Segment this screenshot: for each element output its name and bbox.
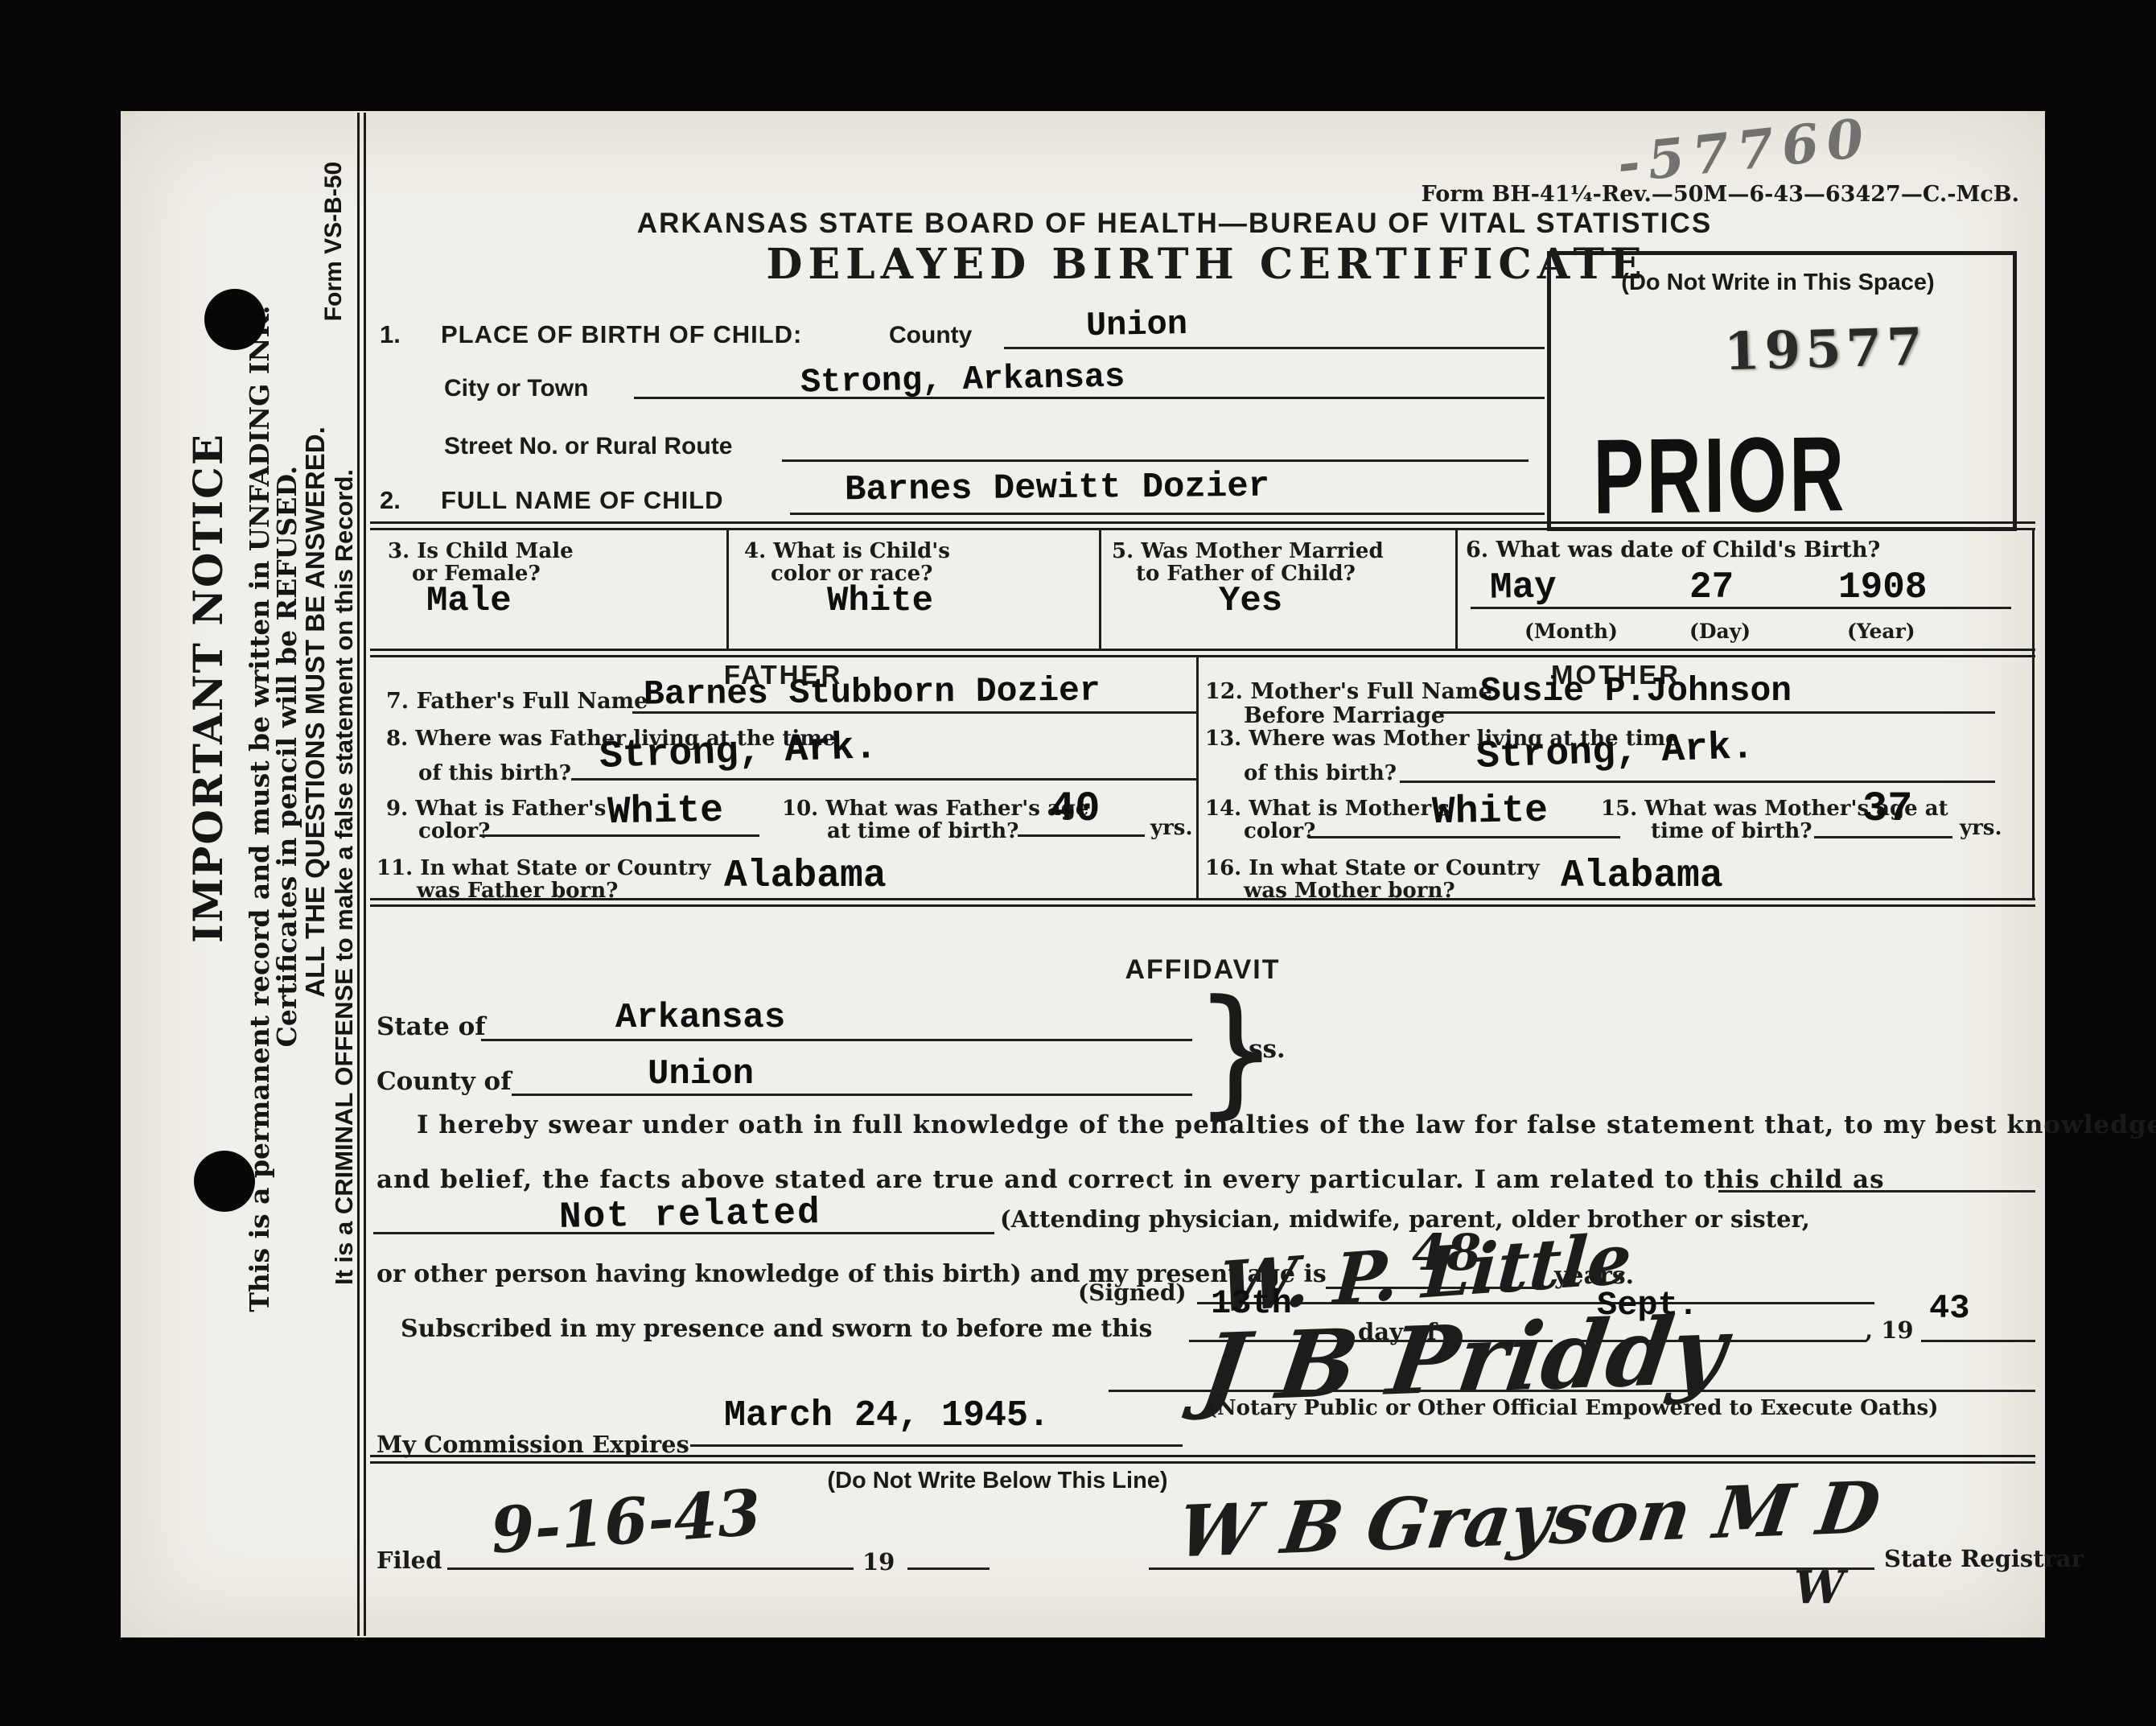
footer-year-prefix: 19 [862,1548,895,1576]
month-caption: (Month) [1524,620,1618,643]
sworn-year-underline [1921,1340,2035,1342]
field2-number: 2. [380,486,401,515]
city-label: City or Town [444,375,588,402]
q16-label-line2: was Mother born? [1244,879,1455,903]
county-of-value: Union [648,1054,754,1094]
state-registrar-label: State Registrar [1884,1545,2084,1572]
filed-underline [447,1567,854,1570]
q11-label-line1: 11. In what State or Country [376,856,711,880]
q4-value: White [827,581,933,621]
q12-label-line2: Before Marriage [1244,703,1445,728]
state-underline [481,1039,1192,1041]
county-value: Union [1086,305,1188,345]
oath-line-2: and belief, the facts above stated are t… [376,1165,1885,1194]
form-reference: Form BH-41¼-Rev.—50M—6-43—63427—C.-McB. [1360,182,2019,207]
father-color-value: White [607,789,724,835]
field2-label: FULL NAME OF CHILD [441,486,724,515]
birth-month-value: May [1490,566,1557,608]
q5-label-line1: 5. Was Mother Married [1112,539,1384,563]
sidebar-important-notice: IMPORTANT NOTICE [181,398,234,978]
county-underline [1004,347,1545,349]
state-of-label: State of [376,1012,486,1041]
father-name-underline [632,711,1197,714]
father-name-value: Barnes Stubborn Dozier [644,671,1101,715]
field1-label: PLACE OF BIRTH OF CHILD: [441,320,802,349]
father-residence-underline [571,778,1197,781]
column-divider-1 [726,528,729,650]
day-caption: (Day) [1689,620,1751,643]
commission-underline [690,1444,1183,1447]
table-right-border [2032,528,2035,900]
q15-label-line2: time of birth? [1651,819,1812,843]
father-age-value: 40 [1050,785,1100,833]
notary-caption: (Notary Public or Other Official Empower… [1110,1396,2035,1420]
year-caption: (Year) [1847,620,1915,643]
father-age-suffix: yrs. [1150,816,1193,840]
birth-day-value: 27 [1689,566,1734,608]
father-birthplace-value: Alabama [724,855,887,898]
rule-above-row3 [370,521,2035,530]
county-of-label: County of [376,1067,512,1096]
sworn-year-prefix: , 19 [1865,1316,1914,1344]
sidebar-form-number: Form VS-B-50 [316,129,352,354]
father-mother-divider [1196,655,1199,900]
q3-value: Male [426,581,512,621]
q13-label-line2: of this birth? [1244,761,1397,785]
q5-value: Yes [1219,581,1282,621]
related-underline [1718,1190,2035,1193]
q9-label-line1: 9. What is Father's [386,797,606,821]
registrar-underline [1149,1567,1874,1570]
county-label: County [889,322,972,349]
q11-label-line2: was Father born? [417,879,618,903]
paren-line-1: (Attending physician, midwife, parent, o… [1000,1205,1810,1233]
city-underline [634,397,1545,399]
mother-color-value: White [1432,789,1549,835]
birth-date-underline [1471,607,2011,609]
street-label: Street No. or Rural Route [444,433,732,460]
q4-label-line1: 4. What is Child's [744,539,950,563]
notary-underline [1109,1390,2035,1392]
mother-name-underline [1437,711,1995,714]
q6-label: 6. What was date of Child's Birth? [1466,538,1880,562]
mother-age-underline [1814,836,1952,838]
do-not-write-label: (Do Not Write in This Space) [1551,270,2005,296]
q12-label-line1: 12. Mother's Full Name [1205,679,1492,704]
mother-color-underline [1308,836,1620,838]
mother-age-value: 37 [1862,785,1912,833]
sidebar-notice-line-4: It is a CRIMINAL OFFENSE to make a false… [327,241,362,1513]
q10-label-line1: 10. What was Father's age [782,797,1088,821]
ss-label: ss. [1249,1035,1286,1064]
q8-label-line2: of this birth? [418,761,571,785]
registrar-flourish: W [1794,1561,1845,1614]
child-name-underline [790,513,1545,515]
field1-number: 1. [380,320,401,349]
commission-label: My Commission Expires [376,1431,689,1458]
scanned-birth-certificate: IMPORTANT NOTICE This is a permanent rec… [0,0,2156,1726]
hole-punch-bottom [194,1151,255,1212]
serial-number-stamp: 19577 [1723,317,1928,383]
oath-line-1: I hereby swear under oath in full knowle… [417,1110,2156,1139]
birth-year-value: 1908 [1838,566,1927,608]
q3-label-line1: 3. Is Child Male [388,539,574,563]
column-divider-3 [1455,528,1458,650]
do-not-write-box: (Do Not Write in This Space) 19577 PRIOR [1547,251,2017,531]
q14-label-line1: 14. What is Mother's [1205,797,1450,821]
mother-name-value: Susie P.Johnson [1480,671,1792,711]
mother-birthplace-value: Alabama [1561,855,1723,898]
q9-label-line2: color? [418,819,490,843]
q7-label: 7. Father's Full Name [386,689,648,714]
commission-date-value: March 24, 1945. [724,1395,1050,1436]
subscribed-text: Subscribed in my presence and sworn to b… [401,1315,1152,1343]
relationship-underline [373,1232,994,1234]
state-of-value: Arkansas [615,998,785,1038]
hole-punch-top [204,289,265,350]
filed-label: Filed [376,1547,442,1574]
street-underline [782,459,1529,462]
footer-year-underline [907,1567,990,1570]
child-name-value: Barnes Dewitt Dozier [845,467,1270,511]
board-title: ARKANSAS STATE BOARD OF HEALTH—BUREAU OF… [451,208,1899,240]
father-color-underline [479,834,759,837]
q16-label-line1: 16. In what State or Country [1205,856,1540,880]
column-divider-2 [1099,528,1101,650]
mother-residence-underline [1400,781,1995,783]
sworn-year-value: 43 [1929,1289,1969,1328]
prior-stamp: PRIOR [1593,413,1847,538]
q14-label-line2: color? [1244,819,1315,843]
rule-below-row3 [370,649,2035,657]
father-age-underline [1018,834,1145,837]
rule-below-parents [370,898,2035,907]
mother-age-suffix: yrs. [1960,816,2002,840]
city-value: Strong, Arkansas [800,357,1125,402]
q10-label-line2: at time of birth? [827,819,1018,843]
signed-label: (Signed) [1078,1279,1187,1306]
county-of-underline [512,1094,1192,1096]
